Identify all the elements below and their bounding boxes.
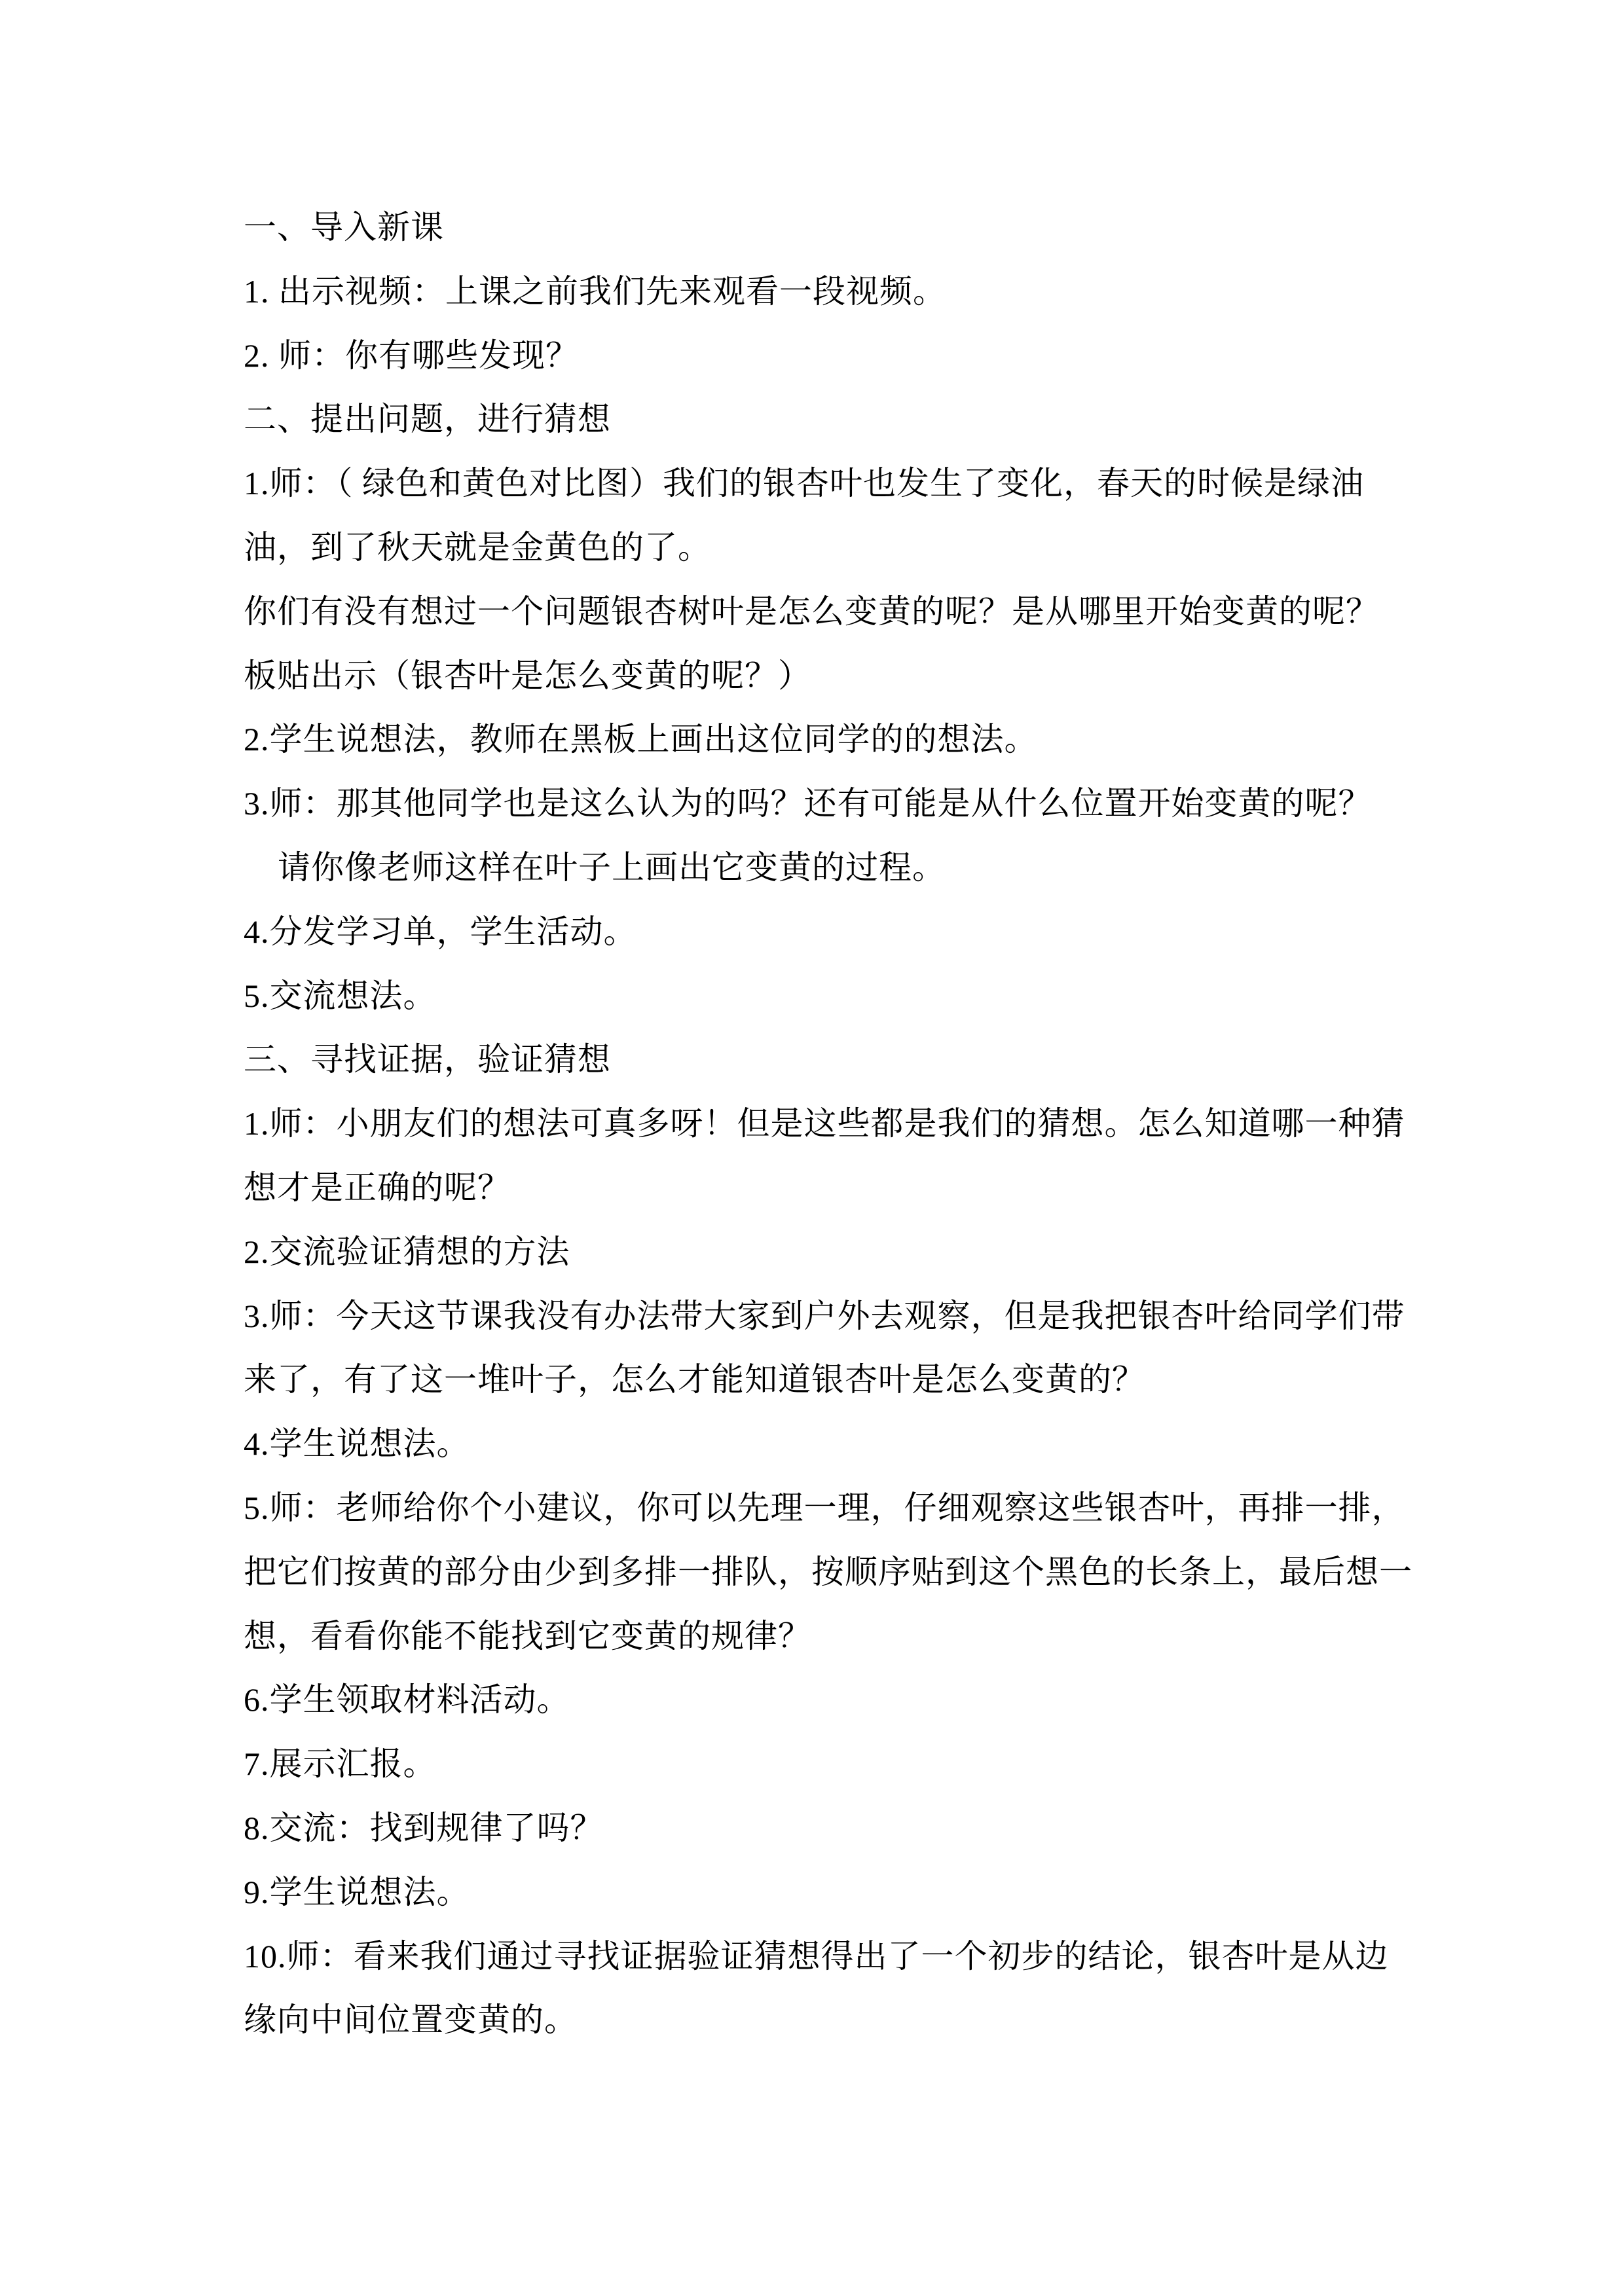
step-line-continuation: 来了，有了这一堆叶子，怎么才能知道银杏叶是怎么变黄的？ <box>244 1348 1412 1412</box>
step-line: 4.学生说想法。 <box>244 1412 1412 1476</box>
section-heading-3: 三、寻找证据，验证猜想 <box>244 1028 1412 1092</box>
document-body: 一、导入新课 1. 出示视频：上课之前我们先来观看一段视频。 2. 师：你有哪些… <box>244 196 1412 2052</box>
step-line: 8.交流：找到规律了吗？ <box>244 1796 1412 1861</box>
document-page: 一、导入新课 1. 出示视频：上课之前我们先来观看一段视频。 2. 师：你有哪些… <box>0 0 1624 2296</box>
section-heading-1: 一、导入新课 <box>244 196 1412 260</box>
step-line: 你们有没有想过一个问题银杏树叶是怎么变黄的呢？是从哪里开始变黄的呢？ <box>244 580 1412 644</box>
step-line-continuation: 油，到了秋天就是金黄色的了。 <box>244 516 1412 580</box>
step-line: 1. 出示视频：上课之前我们先来观看一段视频。 <box>244 260 1412 324</box>
step-line: 2.学生说想法，教师在黑板上画出这位同学的的想法。 <box>244 708 1412 772</box>
step-line: 6.学生领取材料活动。 <box>244 1668 1412 1732</box>
step-line: 5.师：老师给你个小建议，你可以先理一理，仔细观察这些银杏叶，再排一排， <box>244 1476 1412 1540</box>
step-line: 3.师：今天这节课我没有办法带大家到户外去观察，但是我把银杏叶给同学们带 <box>244 1285 1412 1349</box>
step-line-continuation: 想，看看你能不能找到它变黄的规律？ <box>244 1605 1412 1669</box>
step-line: 2.交流验证猜想的方法 <box>244 1220 1412 1285</box>
step-line: 板贴出示（银杏叶是怎么变黄的呢？） <box>244 644 1412 708</box>
step-line: 1.师：（ 绿色和黄色对比图）我们的银杏叶也发生了变化，春天的时候是绿油 <box>244 452 1412 516</box>
step-line: 9.学生说想法。 <box>244 1861 1412 1925</box>
step-line: 3.师：那其他同学也是这么认为的吗？还有可能是从什么位置开始变黄的呢？ <box>244 772 1412 836</box>
step-line-continuation: 缘向中间位置变黄的。 <box>244 1988 1412 2052</box>
step-line: 4.分发学习单，学生活动。 <box>244 900 1412 964</box>
step-line: 10.师：看来我们通过寻找证据验证猜想得出了一个初步的结论，银杏叶是从边 <box>244 1925 1412 1989</box>
step-line: 2. 师：你有哪些发现？ <box>244 324 1412 388</box>
step-line-continuation: 请你像老师这样在叶子上画出它变黄的过程。 <box>244 836 1412 900</box>
step-line: 5.交流想法。 <box>244 964 1412 1029</box>
step-line: 7.展示汇报。 <box>244 1732 1412 1796</box>
step-line-continuation: 把它们按黄的部分由少到多排一排队，按顺序贴到这个黑色的长条上，最后想一 <box>244 1540 1412 1605</box>
section-heading-2: 二、提出问题，进行猜想 <box>244 388 1412 452</box>
step-line-continuation: 想才是正确的呢？ <box>244 1156 1412 1220</box>
step-line: 1.师：小朋友们的想法可真多呀！但是这些都是我们的猜想。怎么知道哪一种猜 <box>244 1092 1412 1156</box>
